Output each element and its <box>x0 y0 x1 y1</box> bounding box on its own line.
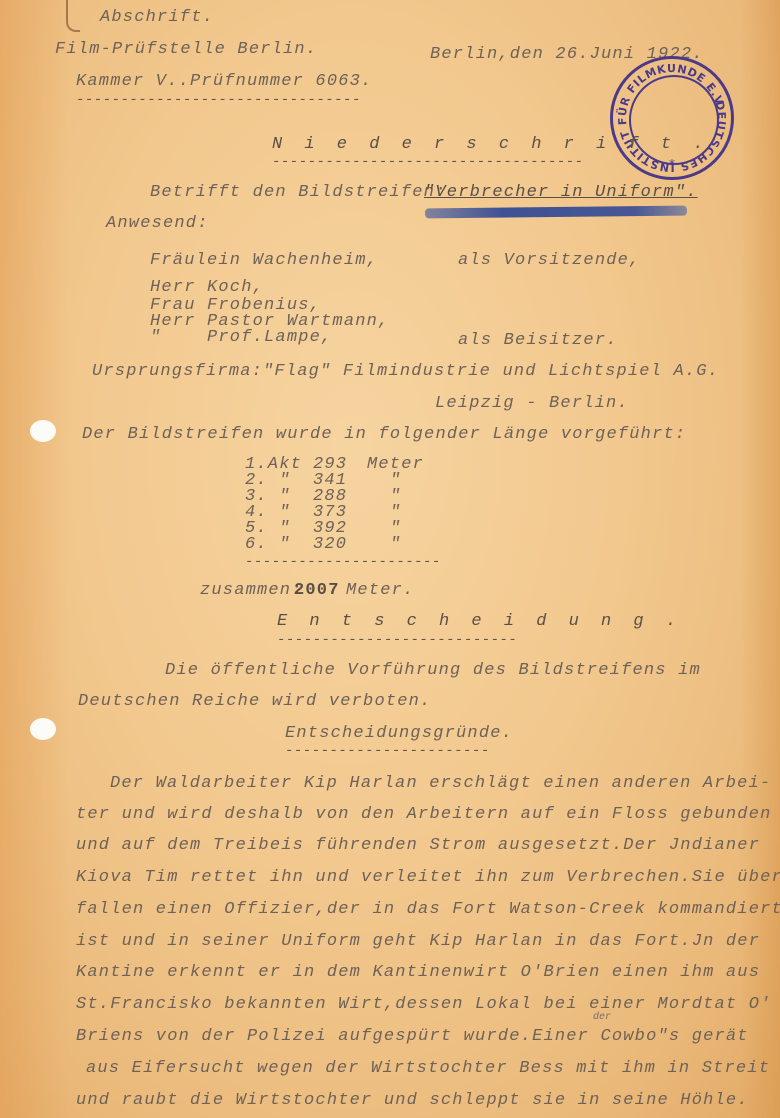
total-label: zusammen: <box>200 581 303 600</box>
reasons-line: aus Eifersucht wegen der Wirtstochter Be… <box>86 1059 770 1078</box>
subject-label: Betrifft den Bildstreifen: <box>150 183 446 202</box>
length-intro: Der Bildstreifen wurde in folgender Läng… <box>82 425 686 444</box>
total-value: 2007 <box>294 581 340 600</box>
punch-hole-top <box>30 420 56 442</box>
institute-stamp: DEUTSCHES INSTITUT FÜR FILMKUNDE E.V. * <box>610 56 734 180</box>
blue-crayon-mark <box>425 206 687 219</box>
assessor-4: " Prof.Lampe, <box>150 328 332 347</box>
stamp-text-ring-icon: DEUTSCHES INSTITUT FÜR FILMKUNDE E.V. * <box>610 56 734 180</box>
svg-text:*: * <box>669 157 675 171</box>
act-meters: 320 <box>313 535 347 554</box>
document-title: N i e d e r s c h r i f t . <box>272 135 709 154</box>
chair-role: als Vorsitzende, <box>458 251 640 270</box>
reasons-line: ter und wird deshalb von den Arbeitern a… <box>76 805 772 824</box>
reasons-line: fallen einen Offizier,der in das Fort Wa… <box>76 900 780 919</box>
decision-heading: E n t s c h e i d u n g . <box>277 612 682 631</box>
pencil-mark <box>66 0 80 32</box>
reasons-line: ist und in seiner Uniform geht Kip Harla… <box>76 932 760 951</box>
decision-line-2: Deutschen Reiche wird verboten. <box>78 692 431 711</box>
authority-name: Film-Prüfstelle Berlin. <box>55 40 317 59</box>
present-label: Anwesend: <box>106 214 209 233</box>
reasons-rule: ----------------------- <box>285 743 490 759</box>
assessor-1: Herr Koch, <box>150 280 264 296</box>
film-title: "Verbrecher in Uniform". <box>424 183 698 202</box>
copy-label: Abschrift. <box>100 8 214 27</box>
decision-line-1: Die öffentliche Vorführung des Bildstrei… <box>165 661 701 680</box>
reasons-line: Der Waldarbeiter Kip Harlan erschlägt ei… <box>110 774 771 793</box>
sum-rule: ---------------------- <box>245 554 441 570</box>
reasons-line: und auf dem Treibeis führenden Strom aus… <box>76 836 760 855</box>
chair-name: Fräulein Wachenheim, <box>150 251 378 270</box>
origin-city: Leipzig - Berlin. <box>435 394 629 413</box>
title-rule: ----------------------------------- <box>272 154 584 170</box>
reasons-heading: Entscheidungsgründe. <box>285 724 513 743</box>
handwritten-annotation: der <box>593 1012 611 1023</box>
assessor-role: als Beisitzer. <box>458 331 618 350</box>
chamber-number: Kammer V..Prüfnummer 6063. <box>76 72 372 91</box>
punch-hole-bottom <box>30 718 56 740</box>
reasons-line: und raubt die Wirtstochter und schleppt … <box>76 1091 749 1110</box>
reasons-line: Kantine erkennt er in dem Kantinenwirt O… <box>76 963 760 982</box>
origin-company: Ursprungsfirma:"Flag" Filmindustrie und … <box>92 362 719 381</box>
reasons-line: Briens von der Polizei aufgespürt wurde.… <box>76 1027 749 1046</box>
act-number: 6. " <box>245 535 291 554</box>
reasons-line: Kiova Tim rettet ihn und verleitet ihn z… <box>76 868 780 887</box>
total-unit: Meter. <box>346 581 414 600</box>
paper-shadow-left <box>0 0 70 1118</box>
reasons-line: St.Francisko bekannten Wirt,dessen Lokal… <box>76 995 772 1014</box>
act-unit: " <box>390 535 401 554</box>
header-rule: -------------------------------- <box>76 92 361 108</box>
decision-rule: --------------------------- <box>277 632 517 648</box>
